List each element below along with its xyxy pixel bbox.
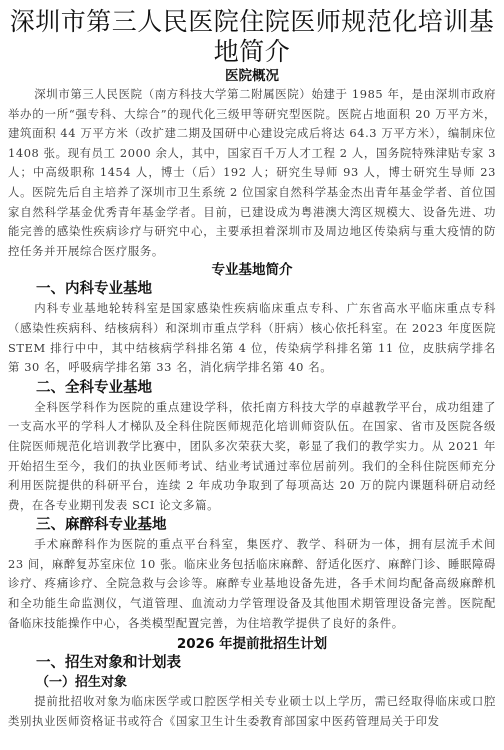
anesthesiology-heading: 三、麻醉科专业基地	[8, 515, 496, 535]
plan-subheading: 一、招生对象和计划表	[8, 653, 496, 673]
general-practice-paragraph: 全科医学科作为医院的重点建设学科，依托南方科技大学的卓越教学平台，成功组建了一支…	[8, 398, 496, 516]
internal-medicine-paragraph: 内科专业基地轮转科室是国家感染性疾病临床重点专科、广东省高水平临床重点专科（感染…	[8, 299, 496, 377]
anesthesiology-paragraph: 手术麻醉科作为医院的重点平台科室，集医疗、教学、科研为一体，拥有层流手术间 23…	[8, 535, 496, 633]
overview-paragraph: 深圳市第三人民医院（南方科技大学第二附属医院）始建于 1985 年，是由深圳市政…	[8, 85, 496, 261]
document-title: 深圳市第三人民医院住院医师规范化培训基地简介	[8, 0, 496, 67]
plan-subsubheading: （一）招生对象	[8, 673, 496, 692]
general-practice-heading: 二、全科专业基地	[8, 378, 496, 398]
bases-heading: 专业基地简介	[8, 261, 496, 279]
document-page: 深圳市第三人民医院住院医师规范化培训基地简介 医院概况 深圳市第三人民医院（南方…	[0, 0, 504, 750]
plan-heading: 2026 年提前批招生计划	[8, 635, 496, 653]
internal-medicine-heading: 一、内科专业基地	[8, 279, 496, 299]
overview-heading: 医院概况	[8, 67, 496, 85]
plan-paragraph: 提前批招收对象为临床医学或口腔医学相关专业硕士以上学历，需已经取得临床或口腔类别…	[8, 692, 496, 731]
